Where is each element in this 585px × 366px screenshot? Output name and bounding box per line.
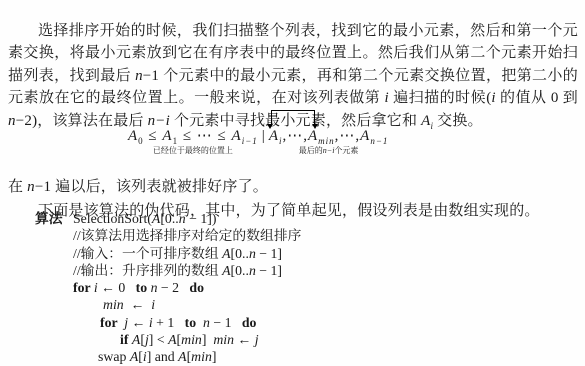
formula-sorted-annotation: 已经位于最终的位置上 bbox=[153, 146, 233, 156]
formula-unsorted-expression: Ai,⋯,Amin,⋯,An−1 bbox=[269, 127, 389, 145]
formula-unsorted-part: Ai,⋯,Amin,⋯,An−1 最后的n−i个元素 bbox=[269, 127, 389, 156]
formula-unsorted-annotation: 最后的n−i个元素 bbox=[299, 146, 359, 156]
arrow-down-left-icon bbox=[267, 124, 273, 129]
pseudocode-line: for j ← i + 1 to n − 1 do bbox=[0, 314, 585, 331]
formula-sorted-part: A0 ≤ A1 ≤ ⋯ ≤ Ai−1 已经位于最终的位置上 bbox=[128, 127, 258, 156]
formula-partition-bar: | bbox=[258, 127, 269, 145]
pseudocode-line: //输出：升序排列的数组 A[0..n − 1] bbox=[0, 262, 585, 279]
pseudocode-line: if A[j] < A[min] min ← j bbox=[0, 331, 585, 348]
formula-sorted-expression: A0 ≤ A1 ≤ ⋯ ≤ Ai−1 bbox=[128, 127, 258, 145]
formula-sorted-unsorted-partition: A0 ≤ A1 ≤ ⋯ ≤ Ai−1 已经位于最终的位置上 | Ai,⋯,Ami… bbox=[128, 127, 388, 156]
arrow-down-right-icon bbox=[312, 124, 318, 129]
pseudocode-line: 算法 SelectionSort(A[0..n − 1]) bbox=[0, 210, 585, 227]
book-page: 选择排序开始的时候，我们扫描整个列表，找到它的最小元素，然后和第一个元素交换，将… bbox=[0, 0, 585, 366]
pseudocode-line: swap A[i] and A[min] bbox=[0, 348, 585, 365]
pseudocode-line: //该算法用选择排序对给定的数组排序 bbox=[0, 227, 585, 244]
pseudocode-selectionsort: 算法 SelectionSort(A[0..n − 1])//该算法用选择排序对… bbox=[0, 210, 585, 366]
pseudocode-line: //输入：一个可排序数组 A[0..n − 1] bbox=[0, 245, 585, 262]
swap-arrow-icon bbox=[271, 110, 315, 124]
pseudocode-line: min ← i bbox=[0, 296, 585, 313]
pseudocode-line: for i ← 0 to n − 2 do bbox=[0, 279, 585, 296]
paragraph-after-n-minus-1-passes: 在 n−1 遍以后，该列表就被排好序了。 bbox=[8, 176, 578, 198]
